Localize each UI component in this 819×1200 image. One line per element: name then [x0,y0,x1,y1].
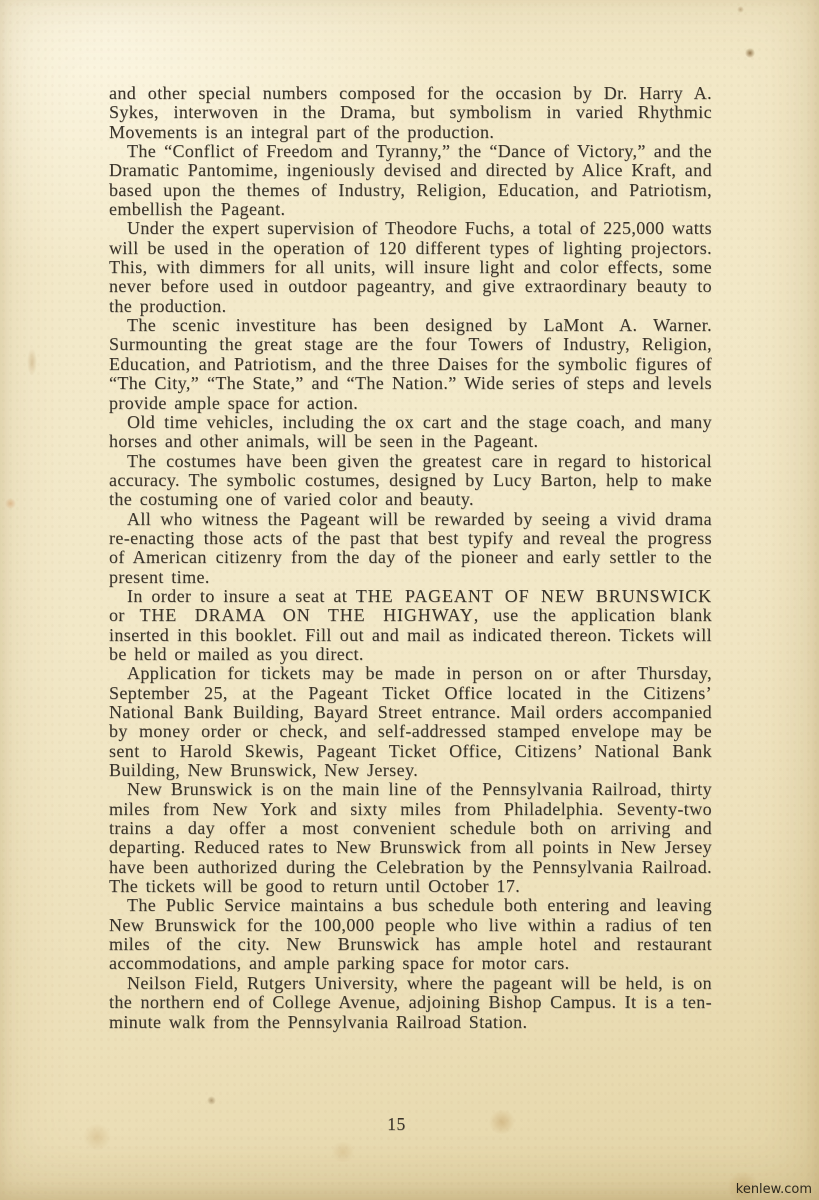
paragraph: All who witness the Pageant will be rewa… [109,510,712,587]
paragraph: New Brunswick is on the main line of the… [109,780,712,896]
paragraph: The “Conflict of Freedom and Tyranny,” t… [109,142,712,219]
page-text-column: and other special numbers composed for t… [109,84,712,1032]
paragraph: The costumes have been given the greates… [109,452,712,510]
drama-title-caps: THE DRAMA ON THE HIGHWAY [139,605,473,625]
paragraph: Application for tickets may be made in p… [109,664,712,780]
foxing-stain [5,498,16,509]
paragraph: In order to insure a seat at THE PAGEANT… [109,587,712,664]
foxing-stain [207,1096,216,1105]
foxing-stain [745,48,755,58]
foxing-stain [330,1142,356,1162]
paragraph: The scenic investiture has been designed… [109,316,712,413]
foxing-stain [27,348,37,376]
paragraph: Under the expert supervision of Theodore… [109,219,712,316]
paragraph-segment: or [109,605,139,625]
paragraph: The Public Service maintains a bus sched… [109,896,712,973]
watermark: kenlew.com [736,1182,812,1197]
scanned-book-page: and other special numbers composed for t… [0,0,819,1200]
page-number: 15 [0,1114,793,1135]
paragraph-segment: In order to insure a seat at [127,586,356,606]
paragraph: Old time vehicles, including the ox cart… [109,413,712,452]
paragraph: and other special numbers composed for t… [109,84,712,142]
paragraph: Neilson Field, Rutgers University, where… [109,974,712,1032]
pageant-title-caps: THE PAGEANT OF NEW BRUNSWICK [356,586,712,606]
foxing-stain [737,6,744,13]
